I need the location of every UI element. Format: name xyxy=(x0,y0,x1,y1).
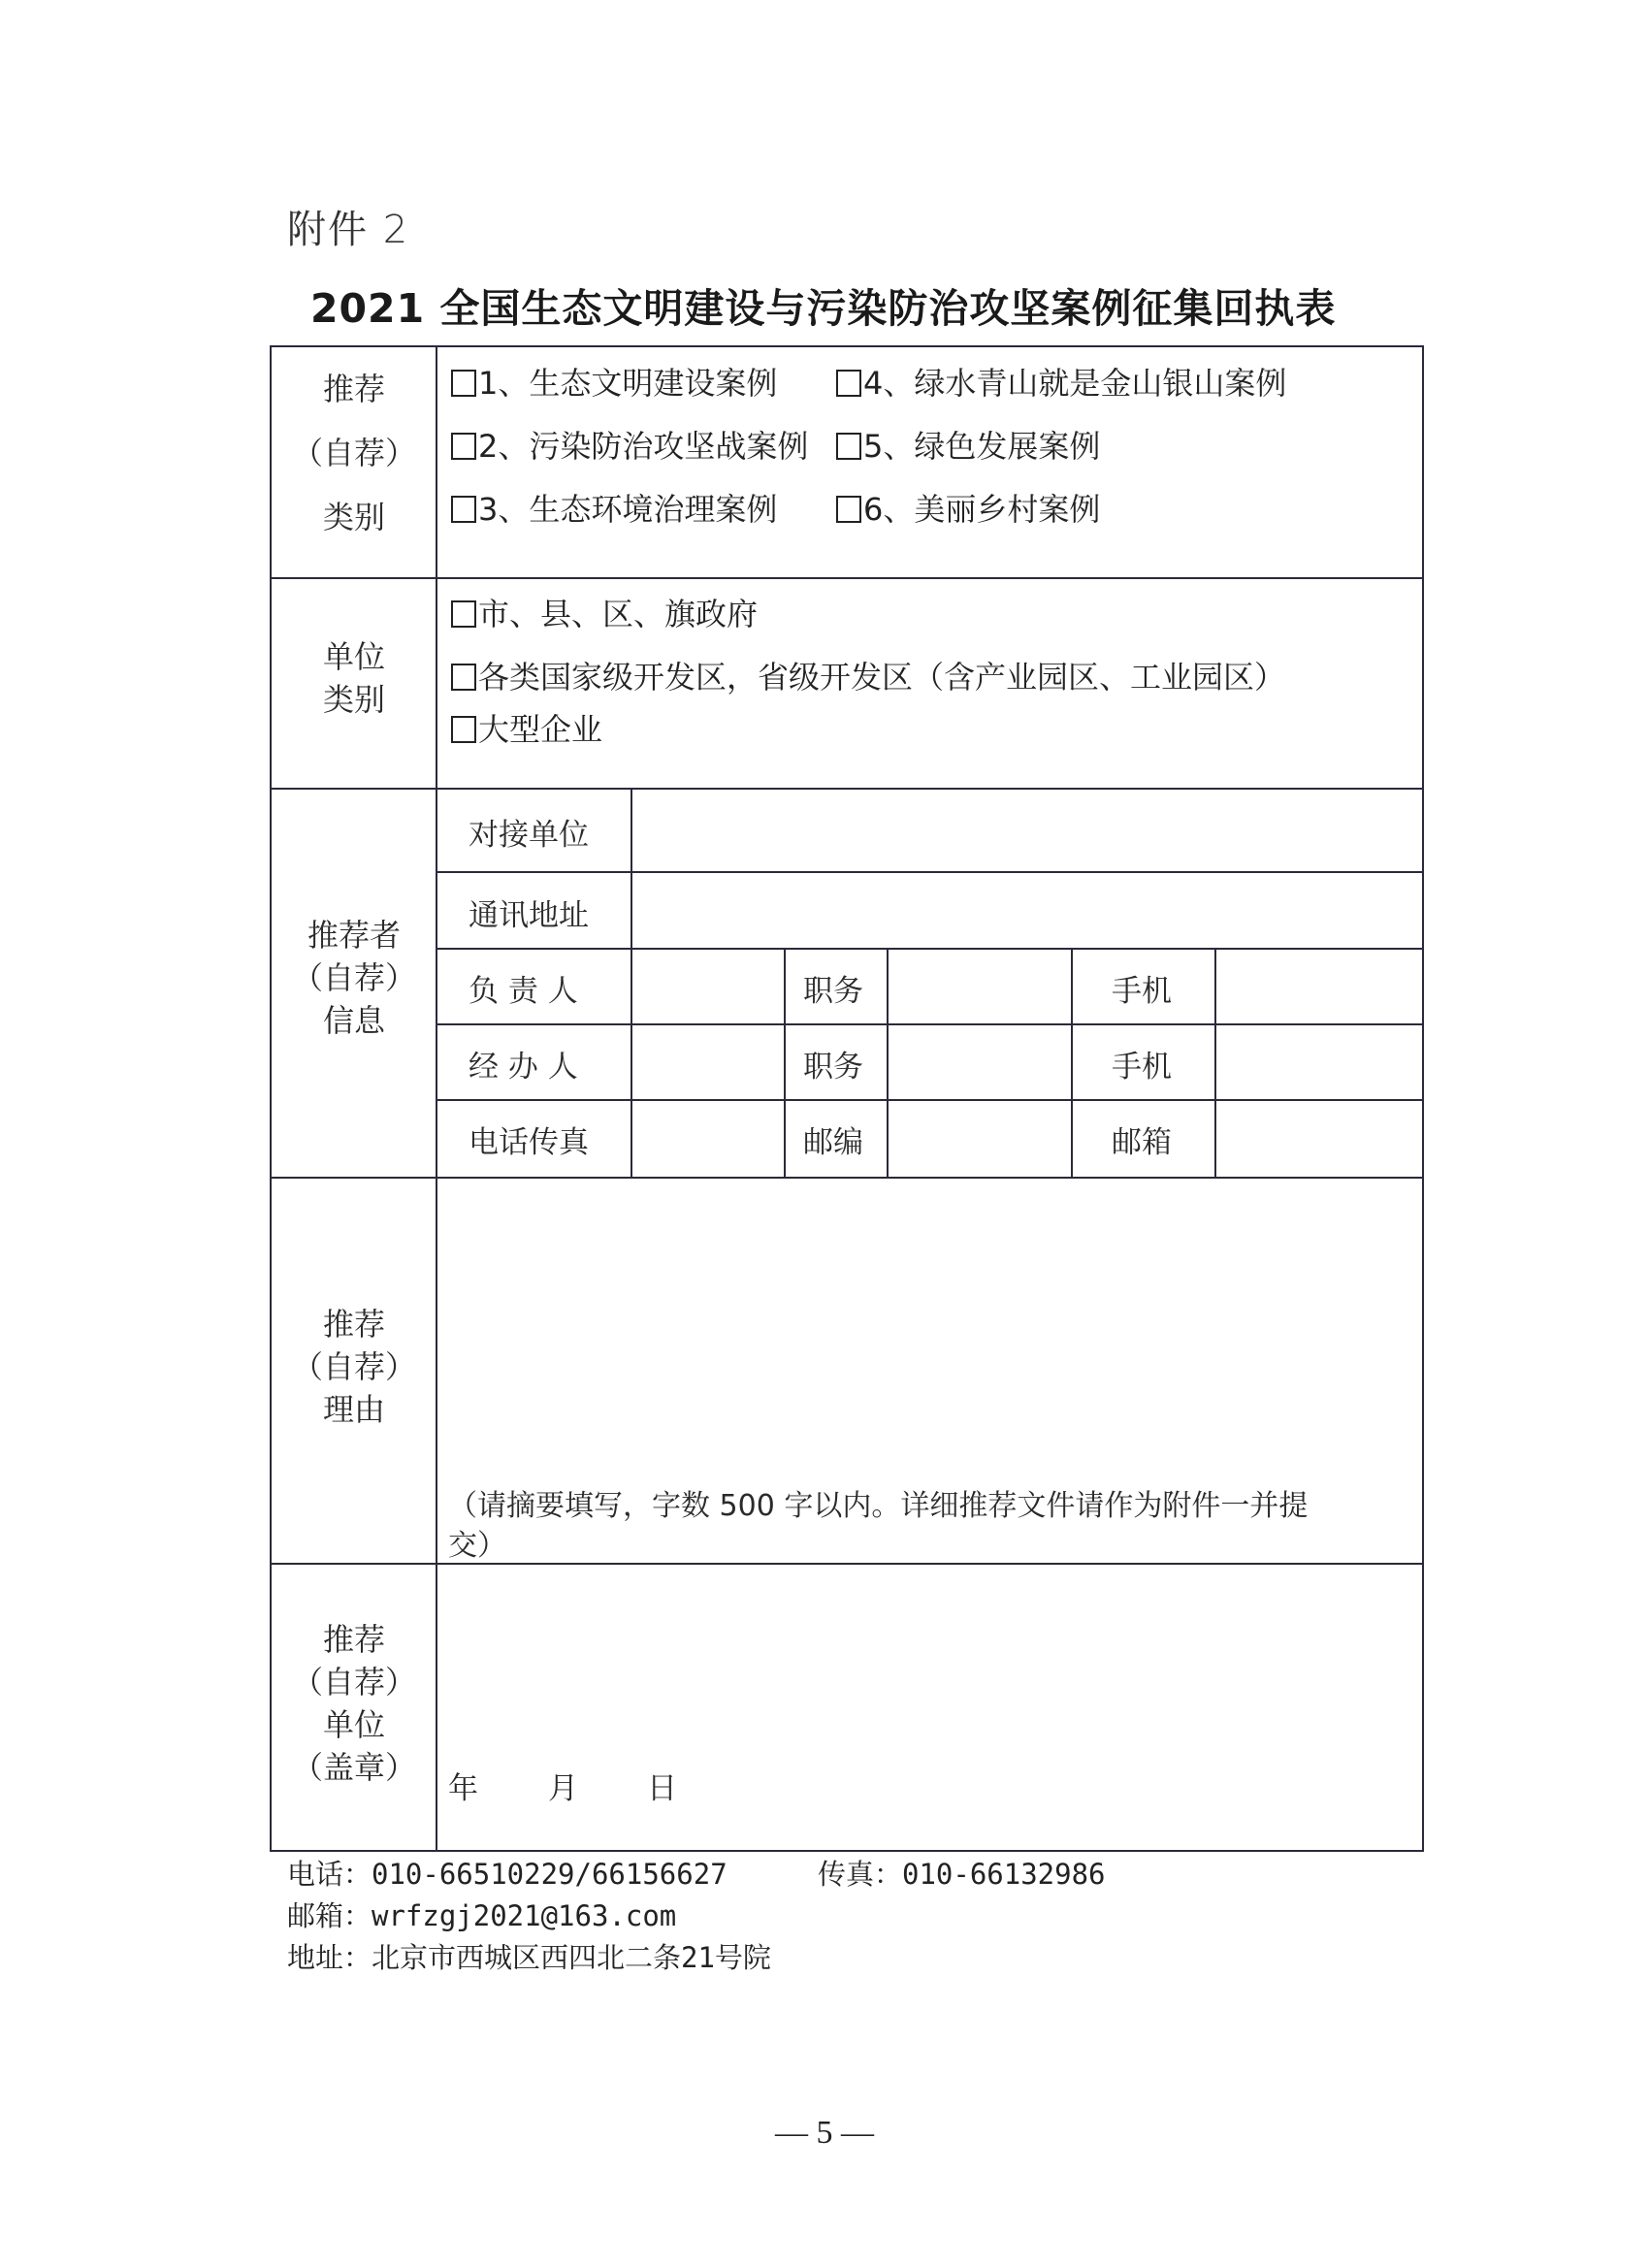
option-label: 2、污染防治攻坚战案例 xyxy=(478,428,808,465)
checkbox-icon[interactable] xyxy=(451,370,476,397)
category-option-4[interactable]: 4、绿水青山就是金山银山案例 xyxy=(836,359,1286,404)
handler-label: 经 办 人 xyxy=(469,1042,578,1085)
unit-type-label: 单位 类别 xyxy=(272,635,436,721)
table-border-bottom xyxy=(270,1850,1424,1852)
label-line: 信息 xyxy=(272,999,436,1042)
annex-label: 附件 2 xyxy=(287,199,409,254)
table-border-top xyxy=(270,345,1424,347)
option-label: 市、县、区、旗政府 xyxy=(478,596,758,632)
contact-unit-label: 对接单位 xyxy=(469,810,589,854)
handler-position-label: 职务 xyxy=(803,1042,863,1085)
date-month-label: 月 xyxy=(548,1764,578,1807)
footer-fax: 传真：010-66132986 xyxy=(818,1853,1106,1893)
category-option-1[interactable]: 1、生态文明建设案例 xyxy=(451,359,777,404)
person-in-charge-label: 负 责 人 xyxy=(469,966,578,1010)
footer-email: 邮箱：wrfzgj2021@163.com xyxy=(287,1895,676,1934)
mobile-label: 手机 xyxy=(1112,966,1172,1010)
col-divider xyxy=(1071,948,1073,1177)
mobile-field[interactable] xyxy=(1216,950,1420,1023)
handler-mobile-label: 手机 xyxy=(1112,1042,1172,1085)
phone-fax-label: 电话传真 xyxy=(469,1118,589,1161)
unit-option-dev-zone[interactable]: 各类国家级开发区，省级开发区（含产业园区、工业园区） xyxy=(451,653,1285,697)
seal-area[interactable] xyxy=(438,1565,1420,1846)
address-field[interactable] xyxy=(632,873,1420,948)
label-line: 推荐 xyxy=(272,1303,436,1345)
label-line: 类别 xyxy=(272,485,436,549)
reason-hint-line2: 交） xyxy=(448,1521,506,1564)
footer-phone: 电话：010-66510229/66156627 xyxy=(287,1853,727,1893)
unit-option-enterprise[interactable]: 大型企业 xyxy=(451,705,602,750)
checkbox-icon[interactable] xyxy=(451,600,476,628)
reason-hint-line1: （请摘要填写，字数 500 字以内。详细推荐文件请作为附件一并提 xyxy=(448,1481,1308,1524)
category-option-2[interactable]: 2、污染防治攻坚战案例 xyxy=(451,422,808,467)
reason-label: 推荐 （自荐） 理由 xyxy=(272,1303,436,1431)
contact-unit-field[interactable] xyxy=(632,790,1420,871)
label-line: 类别 xyxy=(272,678,436,721)
section-divider xyxy=(270,577,1424,579)
checkbox-icon[interactable] xyxy=(451,433,476,460)
handler-mobile-field[interactable] xyxy=(1216,1025,1420,1099)
checkbox-icon[interactable] xyxy=(836,370,861,397)
label-line: 单位 xyxy=(272,1703,436,1746)
email-label: 邮箱 xyxy=(1112,1118,1172,1161)
address-label: 通讯地址 xyxy=(469,891,589,934)
checkbox-icon[interactable] xyxy=(451,664,476,691)
label-line: 单位 xyxy=(272,635,436,678)
option-label: 4、绿水青山就是金山银山案例 xyxy=(863,365,1286,402)
category-option-5[interactable]: 5、绿色发展案例 xyxy=(836,422,1100,467)
checkbox-icon[interactable] xyxy=(451,716,476,743)
position-label: 职务 xyxy=(803,966,863,1010)
page-title: 2021 全国生态文明建设与污染防治攻坚案例征集回执表 xyxy=(310,276,1336,334)
handler-position-field[interactable] xyxy=(889,1025,1071,1099)
label-line: （自荐） xyxy=(272,1661,436,1703)
checkbox-icon[interactable] xyxy=(836,496,861,523)
position-field[interactable] xyxy=(889,950,1071,1023)
seal-label: 推荐 （自荐） 单位 （盖章） xyxy=(272,1618,436,1789)
date-day-label: 日 xyxy=(647,1764,677,1807)
category-option-6[interactable]: 6、美丽乡村案例 xyxy=(836,485,1100,530)
option-label: 1、生态文明建设案例 xyxy=(478,365,777,402)
label-line: （自荐） xyxy=(272,1345,436,1388)
email-field[interactable] xyxy=(1216,1101,1420,1175)
checkbox-icon[interactable] xyxy=(836,433,861,460)
label-line: （盖章） xyxy=(272,1746,436,1789)
postcode-label: 邮编 xyxy=(803,1118,863,1161)
handler-field[interactable] xyxy=(632,1025,784,1099)
category-label: 推荐 （自荐） 类别 xyxy=(272,357,436,549)
phone-fax-field[interactable] xyxy=(632,1101,784,1175)
category-option-3[interactable]: 3、生态环境治理案例 xyxy=(451,485,777,530)
label-line: 推荐 xyxy=(272,1618,436,1661)
col-divider xyxy=(784,948,786,1177)
postcode-field[interactable] xyxy=(889,1101,1071,1175)
label-line: 推荐 xyxy=(272,357,436,421)
option-label: 大型企业 xyxy=(478,711,602,748)
page-number: — 5 — xyxy=(0,2115,1649,2152)
label-line: 推荐者 xyxy=(272,914,436,956)
unit-option-government[interactable]: 市、县、区、旗政府 xyxy=(451,590,758,634)
date-year-label: 年 xyxy=(448,1764,478,1807)
reason-textarea[interactable] xyxy=(438,1179,1420,1470)
label-line: （自荐） xyxy=(272,421,436,485)
option-label: 3、生态环境治理案例 xyxy=(478,491,777,528)
label-line: 理由 xyxy=(272,1388,436,1431)
checkbox-icon[interactable] xyxy=(451,496,476,523)
option-label: 5、绿色发展案例 xyxy=(863,428,1100,465)
label-line: （自荐） xyxy=(272,956,436,999)
footer-address: 地址：北京市西城区西四北二条21号院 xyxy=(287,1936,771,1976)
recommender-label: 推荐者 （自荐） 信息 xyxy=(272,914,436,1042)
option-label: 各类国家级开发区，省级开发区（含产业园区、工业园区） xyxy=(478,659,1285,696)
option-label: 6、美丽乡村案例 xyxy=(863,491,1100,528)
person-in-charge-field[interactable] xyxy=(632,950,784,1023)
